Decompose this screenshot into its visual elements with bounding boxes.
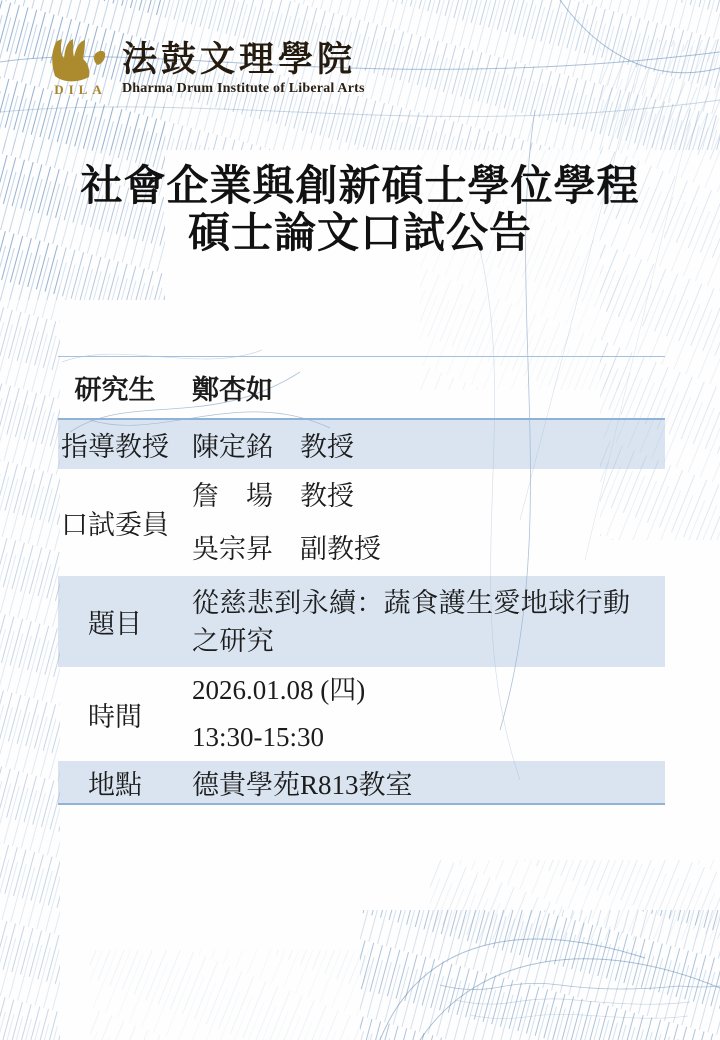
dila-logo-mark: DILA — [44, 36, 112, 97]
thesis-defense-announcement: DILA 法鼓文理學院 Dharma Drum Institute of Lib… — [0, 0, 720, 1040]
thesis-title-text: 從慈悲到永續：蔬食護生愛地球行動之研究 — [192, 584, 657, 660]
page-title-line1: 社會企業與創新碩士學位學程 — [0, 164, 720, 211]
table-row-committee: 口試委員 詹 場 教授 吳宗昇 副教授 — [58, 469, 665, 576]
defense-time-range: 13:30-15:30 — [192, 714, 657, 761]
logo-chinese-name: 法鼓文理學院 — [122, 40, 365, 80]
committee-member-1: 詹 場 教授 — [192, 470, 657, 523]
committee-member-2: 吳宗昇 副教授 — [192, 523, 657, 576]
student-name: 鄭杏如 — [192, 368, 657, 407]
row-value-cell: 從慈悲到永續：蔬食護生愛地球行動之研究 — [192, 576, 665, 667]
table-row-thesis-title: 題目 從慈悲到永續：蔬食護生愛地球行動之研究 — [58, 576, 665, 667]
table-row-advisor: 指導教授 陳定銘 教授 — [58, 420, 665, 469]
row-value-cell: 2026.01.08 (四) 13:30-15:30 — [192, 667, 665, 761]
row-value-cell: 詹 場 教授 吳宗昇 副教授 — [192, 469, 665, 576]
defense-date: 2026.01.08 (四) — [192, 667, 657, 714]
defense-location: 德貴學苑R813教室 — [192, 763, 657, 802]
table-row-location: 地點 德貴學苑R813教室 — [58, 761, 665, 805]
row-label: 指導教授 — [58, 420, 172, 469]
row-value-cell: 鄭杏如 — [192, 357, 665, 418]
row-label: 時間 — [58, 667, 172, 761]
logo-acronym: DILA — [44, 83, 112, 97]
row-label: 口試委員 — [58, 469, 172, 576]
row-label: 研究生 — [58, 357, 172, 418]
table-row-time: 時間 2026.01.08 (四) 13:30-15:30 — [58, 667, 665, 761]
dila-logo-names: 法鼓文理學院 Dharma Drum Institute of Liberal … — [122, 36, 365, 97]
advisor-name: 陳定銘 教授 — [192, 425, 657, 464]
logo-english-name: Dharma Drum Institute of Liberal Arts — [122, 81, 365, 97]
page-title: 社會企業與創新碩士學位學程 碩士論文口試公告 — [0, 164, 720, 258]
row-label: 題目 — [58, 576, 172, 667]
defense-info-table: 研究生 鄭杏如 指導教授 陳定銘 教授 口試委員 詹 場 教授 吳宗昇 副教授 … — [58, 356, 665, 805]
row-value-cell: 德貴學苑R813教室 — [192, 761, 665, 803]
page-title-line2: 碩士論文口試公告 — [0, 211, 720, 258]
dila-logo: DILA 法鼓文理學院 Dharma Drum Institute of Lib… — [44, 36, 365, 97]
table-row-student: 研究生 鄭杏如 — [58, 356, 665, 420]
row-value-cell: 陳定銘 教授 — [192, 420, 665, 469]
row-label: 地點 — [58, 761, 172, 803]
dila-hand-icon — [47, 36, 109, 82]
